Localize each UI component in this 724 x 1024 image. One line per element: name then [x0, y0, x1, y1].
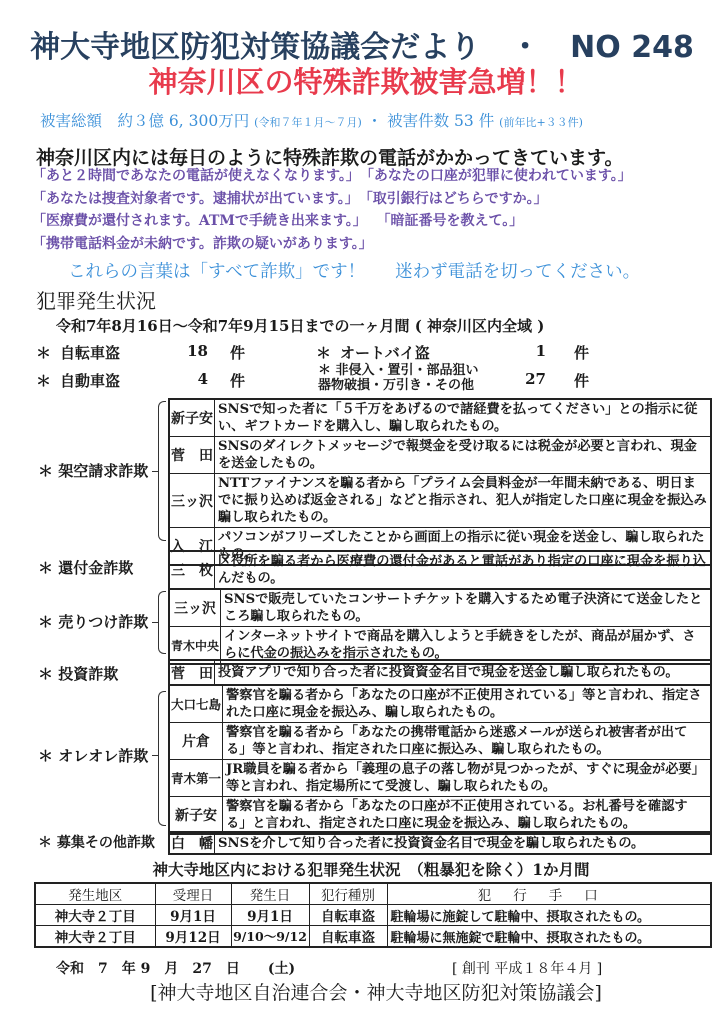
case-table: 新子安SNSで知った者に「５千万をあげるので諸経費を払ってください」との指示に従… — [168, 398, 712, 566]
quote: 「暗証番号を教えて。」 — [377, 210, 524, 233]
table-cell: 9月1日 — [231, 905, 309, 926]
organization-name: [神大寺地区自治連合会・神大寺地区防犯対策協議会] — [0, 978, 724, 1005]
table-cell: 自転車盗 — [309, 926, 387, 948]
stat-bicycle: ＊自転車盗 — [36, 342, 120, 363]
table-cell: 駐輪場に無施錠で駐輪中、摂取されたもの。 — [387, 926, 711, 948]
table-cell: 9/10～9/12 — [231, 926, 309, 948]
case-table: 白 幡SNSを介して知り合った者に投資資金名目で現金を騙し取られたもの。 — [168, 831, 712, 855]
case-row: 菅 田投資アプリで知り合った者に投資資金名目で現金を送金し騙し取られたもの。 — [169, 660, 711, 685]
case-area: 大口七島 — [169, 685, 223, 723]
quote: 「あなたの口座が犯罪に使われています。」 — [360, 165, 632, 188]
scam-quotes: 「あと２時間であなたの電話が使えなくなります。」「あなたの口座が犯罪に使われてい… — [32, 165, 632, 255]
quote-line: 「あなたは捜査対象者です。逮捕状が出ています。」「取引銀行はどちらですか。」 — [32, 188, 632, 211]
brace-icon — [158, 591, 166, 654]
quote-line: 「携帯電話料金が未納です。詐欺の疑いがあります。」 — [32, 233, 632, 256]
case-table: 三ッ沢SNSで販売していたコンサートチケットを購入するため電子決済にて送金したと… — [168, 588, 712, 665]
case-desc: 警察官を騙る者から「あなたの携帯電話から迷惑メールが送られ被害者が出てる」等と言… — [223, 723, 711, 760]
section-title: 犯罪発生状況 — [36, 285, 156, 314]
case-desc: NTTファイナンスを騙る者から「プライム会員料金が一年間未納である、明日までに振… — [215, 474, 712, 528]
case-row: 三 枚区役所を騙る者から医療費の還付金があると電話があり指定の口座に現金を振り込… — [169, 551, 711, 589]
column-header: 受理日 — [155, 883, 231, 905]
stat-car: ＊自動車盗 — [36, 370, 120, 391]
quote: 「あと２時間であなたの電話が使えなくなります。」 — [32, 168, 360, 184]
stat-label: 器物破損・万引き・その他 — [318, 378, 479, 393]
asterisk-icon: ＊ — [316, 342, 340, 363]
category-label: ＊ 投資詐欺 — [38, 663, 118, 684]
warning-part2: 迷わず電話を切ってください。 — [395, 262, 640, 282]
case-area: 新子安 — [169, 399, 215, 437]
warning-message: これらの言葉は「すべて詐欺」です！迷わず電話を切ってください。 — [68, 258, 640, 283]
table-cell: 神大寺２丁目 — [35, 905, 155, 926]
local-section-title: 神大寺地区内における犯罪発生状況 （粗暴犯を除く）1か月間 — [0, 858, 724, 880]
case-desc: 警察官を騙る者から「あなたの口座が不正使用されている。お札番号を確認する」と言わ… — [223, 797, 711, 835]
founded-note: [ 創刊 平成１８年４月 ] — [452, 958, 602, 978]
stat-count: 27 — [522, 370, 546, 388]
quote: 「携帯電話料金が未納です。詐欺の疑いがあります。」 — [32, 236, 373, 252]
case-area: 菅 田 — [169, 437, 215, 474]
case-row: 新子安警察官を騙る者から「あなたの口座が不正使用されている。お札番号を確認する」… — [169, 797, 711, 835]
case-area: 片倉 — [169, 723, 223, 760]
stat-label: 自動車盗 — [60, 372, 120, 390]
category-label: ＊ 売りつけ詐欺 — [38, 611, 148, 632]
brace-icon — [158, 691, 166, 826]
quote: 「医療費が還付されます。ATMで手続き出来ます。」 — [32, 213, 367, 229]
case-table: 菅 田投資アプリで知り合った者に投資資金名目で現金を送金し騙し取られたもの。 — [168, 659, 712, 686]
asterisk-icon: ＊ — [36, 370, 60, 391]
local-crime-table: 発生地区 受理日 発生日 犯行種別 犯行手口 神大寺２丁目 9月1日 9月1日 … — [34, 882, 712, 948]
quote: 「取引銀行はどちらですか。」 — [359, 188, 548, 211]
case-area: 三ッ沢 — [169, 474, 215, 528]
stat-unit: 件 — [574, 342, 589, 363]
stat-label: オートバイ盗 — [340, 344, 430, 362]
table-row: 神大寺２丁目 9月12日 9/10～9/12 自転車盗 駐輪場に無施錠で駐輪中、… — [35, 926, 711, 948]
damage-period: (令和７年１月～７月) — [254, 116, 362, 129]
case-row: 菅 田SNSのダイレクトメッセージで報奨金を受け取るには税金が必要と言われ、現金… — [169, 437, 711, 474]
table-cell: 9月1日 — [155, 905, 231, 926]
column-header: 犯行手口 — [387, 883, 711, 905]
damage-total: 被害総額 約３億 6, 300万円 — [40, 112, 249, 130]
brace-tick — [152, 622, 158, 623]
table-cell: 駐輪場に施錠して駐輪中、摂取されたもの。 — [387, 905, 711, 926]
case-row: 青木第一JR職員を騙る者から「義理の息子の落し物が見つかったが、すぐに現金が必要… — [169, 760, 711, 797]
stat-label: 自転車盗 — [60, 344, 120, 362]
brace-tick — [152, 755, 158, 756]
table-cell: 自転車盗 — [309, 905, 387, 926]
stat-label: ＊ 非侵入・置引・部品狙い — [318, 363, 479, 378]
headline: 神奈川区の特殊詐欺被害急増！！ — [0, 60, 724, 101]
category-label: ＊ 募集その他詐欺 — [38, 832, 155, 852]
quote-line: 「あと２時間であなたの電話が使えなくなります。」「あなたの口座が犯罪に使われてい… — [32, 165, 632, 188]
stat-motorcycle: ＊オートバイ盗 — [316, 342, 430, 363]
case-desc: SNSのダイレクトメッセージで報奨金を受け取るには税金が必要と言われ、現金を送金… — [215, 437, 712, 474]
period-text: 令和7年8月16日～令和7年9月15日までの一ヶ月間 ( 神奈川区内全域 ) — [56, 315, 544, 336]
quote-line: 「医療費が還付されます。ATMで手続き出来ます。」 「暗証番号を教えて。」 — [32, 210, 632, 233]
case-table: 三 枚区役所を騙る者から医療費の還付金があると電話があり指定の口座に現金を振り込… — [168, 550, 712, 590]
case-desc: SNSを介して知り合った者に投資資金名目で現金を騙し取られたもの。 — [215, 832, 712, 854]
case-desc: SNSで知った者に「５千万をあげるので諸経費を払ってください」との指示に従い、ギ… — [215, 399, 712, 437]
table-row: 神大寺２丁目 9月1日 9月1日 自転車盗 駐輪場に施錠して駐輪中、摂取されたも… — [35, 905, 711, 926]
column-header: 犯行種別 — [309, 883, 387, 905]
brace-icon — [158, 401, 166, 541]
quote: 「あなたは捜査対象者です。逮捕状が出ています。」 — [32, 191, 359, 207]
damage-count: ・ 被害件数 53 件 — [367, 112, 495, 130]
case-table: 大口七島警察官を騙る者から「あなたの口座が不正使用されている」等と言われ、指定さ… — [168, 684, 712, 835]
case-desc: SNSで販売していたコンサートチケットを購入するため電子決済にて送金したところ騙… — [221, 589, 711, 627]
damage-compare: (前年比+３３件) — [499, 116, 583, 129]
table-cell: 神大寺２丁目 — [35, 926, 155, 948]
stat-count: 1 — [526, 342, 546, 360]
case-area: 三ッ沢 — [169, 589, 221, 627]
case-desc: JR職員を騙る者から「義理の息子の落し物が見つかったが、すぐに現金が必要」等と言… — [223, 760, 711, 797]
damage-summary: 被害総額 約３億 6, 300万円 (令和７年１月～７月) ・ 被害件数 53 … — [40, 109, 583, 131]
category-label: ＊ 還付金詐欺 — [38, 557, 133, 578]
case-area: 三 枚 — [169, 551, 215, 589]
stat-other: ＊ 非侵入・置引・部品狙い 器物破損・万引き・その他 — [318, 363, 479, 393]
table-cell: 9月12日 — [155, 926, 231, 948]
case-row: 白 幡SNSを介して知り合った者に投資資金名目で現金を騙し取られたもの。 — [169, 832, 711, 854]
category-label: ＊ 架空請求詐欺 — [38, 460, 148, 481]
case-desc: 投資アプリで知り合った者に投資資金名目で現金を送金し騙し取られたもの。 — [215, 660, 712, 685]
column-header: 発生地区 — [35, 883, 155, 905]
case-row: 大口七島警察官を騙る者から「あなたの口座が不正使用されている」等と言われ、指定さ… — [169, 685, 711, 723]
stat-unit: 件 — [230, 370, 245, 391]
stat-unit: 件 — [230, 342, 245, 363]
stat-count: 4 — [178, 370, 208, 388]
issue-date: 令和 7 年 9 月 27 日 (土) — [56, 958, 295, 978]
case-row: 三ッ沢SNSで販売していたコンサートチケットを購入するため電子決済にて送金したと… — [169, 589, 711, 627]
case-desc: 区役所を騙る者から医療費の還付金があると電話があり指定の口座に現金を振り込んだも… — [215, 551, 712, 589]
case-area: 新子安 — [169, 797, 223, 835]
case-row: 三ッ沢NTTファイナンスを騙る者から「プライム会員料金が一年間未納である、明日ま… — [169, 474, 711, 528]
case-row: 新子安SNSで知った者に「５千万をあげるので諸経費を払ってください」との指示に従… — [169, 399, 711, 437]
table-header-row: 発生地区 受理日 発生日 犯行種別 犯行手口 — [35, 883, 711, 905]
case-row: 片倉警察官を騙る者から「あなたの携帯電話から迷惑メールが送られ被害者が出てる」等… — [169, 723, 711, 760]
warning-part1: これらの言葉は「すべて詐欺」です！ — [68, 262, 365, 282]
case-area: 青木第一 — [169, 760, 223, 797]
stat-count: 18 — [178, 342, 208, 360]
case-area: 菅 田 — [169, 660, 215, 685]
brace-tick — [152, 471, 158, 472]
column-header: 発生日 — [231, 883, 309, 905]
stat-unit: 件 — [574, 370, 589, 391]
case-desc: 警察官を騙る者から「あなたの口座が不正使用されている」等と言われ、指定された口座… — [223, 685, 711, 723]
category-label: ＊ オレオレ詐欺 — [38, 745, 148, 766]
asterisk-icon: ＊ — [36, 342, 60, 363]
case-area: 白 幡 — [169, 832, 215, 854]
